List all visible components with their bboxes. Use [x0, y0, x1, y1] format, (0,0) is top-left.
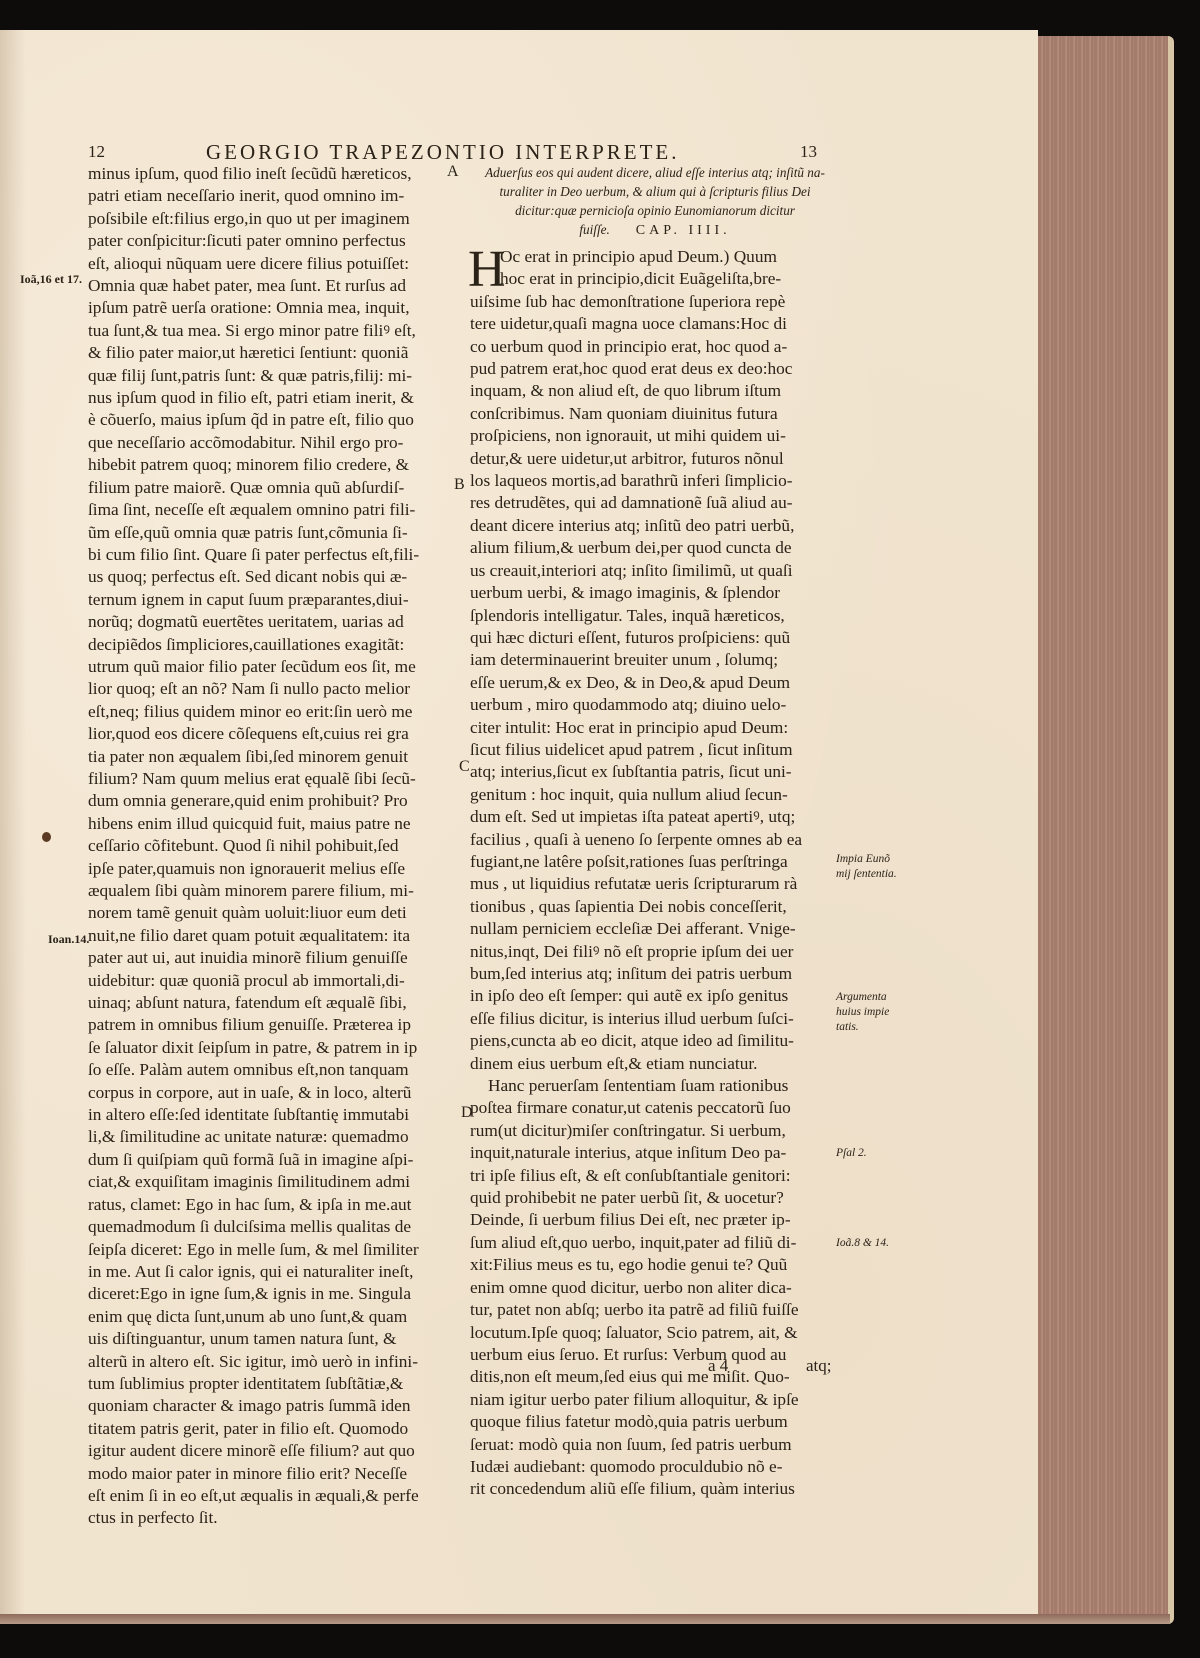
text-line: locutum.Ipſe quoq; ſaluator, Scio patrem… [470, 1322, 840, 1344]
text-line: res detrudẽtes, qui ad damnationẽ ſuã al… [470, 492, 840, 514]
signature-mark: a 4 [708, 1356, 728, 1376]
left-column: minus ipſum, quod filio ineſt ſecũdũ hær… [88, 163, 460, 1530]
text-line: ſeipſa diceret: Ego in melle ſum, & mel … [88, 1239, 460, 1261]
ink-spot [42, 832, 51, 842]
chapter-heading-line: dicitur:quæ pernicioſa opinio Eunomianor… [470, 201, 840, 220]
text-line: quoniam character & imago patris ſummã i… [88, 1395, 460, 1417]
text-line: Deinde, ſi uerbum filius Dei eſt, nec pr… [470, 1209, 840, 1231]
text-line: co uerbum quod in principio erat, hoc qu… [470, 336, 840, 358]
text-line: lior,quod eos dicere cõſequens eſt,cuius… [88, 723, 460, 745]
margin-note-ioan-14: Ioan.14. [48, 932, 89, 947]
text-line: quid prohibebit ne pater uerbũ ſit, & uo… [470, 1187, 840, 1209]
margin-note-ioan-16-17: Ioã,16 et 17. [20, 272, 82, 287]
text-line: uinaq; abſunt natura, fatendum eſt æqual… [88, 992, 460, 1014]
text-line: ſplendoris intelligatur. Tales, inquã hæ… [470, 605, 840, 627]
text-line: pud patrem erat,hoc quod erat deus ex de… [470, 358, 840, 380]
running-title: GEORGIO TRAPEZONTIO INTERPRETE. [206, 140, 680, 165]
text-line: tua ſunt,& tua mea. Si ergo minor patre … [88, 320, 460, 342]
chapter-heading-line: turaliter in Deo uerbum, & alium qui à ſ… [470, 182, 840, 201]
text-line: ſima ſint, neceſſe eſt æqualem omnino pa… [88, 499, 460, 521]
text-line: eſſe uerum,& ex Deo, & in Deo,& apud Deu… [470, 672, 840, 694]
text-line: uiſsime ſub hac demonſtratione ſuperiora… [470, 291, 840, 313]
text-line: filium patre maiorẽ. Quæ omnia quũ abſur… [88, 477, 460, 499]
page-fore-edge [1038, 36, 1174, 1624]
text-line: rit concedendum aliũ eſſe filium, quàm i… [470, 1478, 840, 1500]
text-line: hibebit patrem quoq; minorem filio crede… [88, 454, 460, 476]
text-line: tum ſublimius propter identitatem ſubſtã… [88, 1373, 460, 1395]
text-line: decipiẽdos ſimpliciores,cauillationes ex… [88, 634, 460, 656]
text-line: alium filium,& uerbum dei,per quod cunct… [470, 537, 840, 559]
text-line: norem tamẽ genuit quàm uoluit:liuor eum … [88, 902, 460, 924]
text-line: lior quoq; eſt an nõ? Nam ſi nullo pacto… [88, 678, 460, 700]
text-line: pater aut ui, aut inuidia minorẽ filium … [88, 947, 460, 969]
text-line: tere uidetur,quaſi magna uoce clamans:Ho… [470, 313, 840, 335]
text-line: conſcribimus. Nam quoniam diuinitus futu… [470, 403, 840, 425]
text-line: & filio pater maior,ut hæretici ſentiunt… [88, 342, 460, 364]
text-line: eſt,neq; filius quidem minor eo erit:ſin… [88, 701, 460, 723]
text-line: inquam, & non aliud eſt, de quo librum i… [470, 380, 840, 402]
text-line: Iudæi audiebant: quomodo proculdubio nõ … [470, 1456, 840, 1478]
text-line: us quoq; perfectus eſt. Sed dicant nobis… [88, 566, 460, 588]
catchword: atq; [806, 1356, 832, 1376]
chapter-heading: Aduerſus eos qui audent dicere, aliud eſ… [470, 163, 840, 240]
chapter-body: H Oc erat in principio apud Deum.) Quumh… [470, 246, 840, 1501]
text-line: proſpiciens, non ignorauit, ut mihi quid… [470, 425, 840, 447]
text-line: mus , ut liquidius refutatæ ueris ſcript… [470, 873, 840, 895]
text-line: genitum : hoc inquit, quia nullum aliud … [470, 784, 840, 806]
text-line: ſeruat: modò quia non ſuum, ſed patris u… [470, 1434, 840, 1456]
text-line: igitur audent dicere minorẽ eſſe filium?… [88, 1440, 460, 1462]
text-line: eſt, alioqui nũquam uere dicere filius p… [88, 253, 460, 275]
text-line: ceſſario cõfitebunt. Quod ſi nihil pohib… [88, 835, 460, 857]
text-line: piens,cuncta ab eo dicit, atque ideo ad … [470, 1030, 840, 1052]
section-marker-a: A [447, 163, 459, 181]
text-line: los laqueos mortis,ad barathrũ inferi ſi… [470, 470, 840, 492]
text-line: modo maior pater in minore filio erit? N… [88, 1463, 460, 1485]
text-line: quemadmodum ſi dulciſsima mellis qualita… [88, 1216, 460, 1238]
text-line: dum eſt. Sed ut impietas iſta pateat ape… [470, 806, 840, 828]
text-line: dinem eius uerbum eſt,& etiam nunciatur. [470, 1053, 840, 1075]
text-line: ctus in perfecto ſit. [88, 1507, 460, 1529]
text-line: xit:Filius meus es tu, ego hodie genui t… [470, 1254, 840, 1276]
text-line: in me. Aut ſi calor ignis, qui ei natura… [88, 1261, 460, 1283]
text-line: li,& ſimilitudine ac unitate naturæ: que… [88, 1126, 460, 1148]
section-marker-b: B [454, 476, 465, 494]
text-line: hoc erat in principio,dicit Euãgeliſta,b… [470, 268, 840, 290]
chapter-heading-line: Aduerſus eos qui audent dicere, aliud eſ… [470, 163, 840, 182]
text-line: hibens enim illud quicquid fuit, maius p… [88, 813, 460, 835]
text-line: enim quę dicta ſunt,unum ab uno ſunt,& q… [88, 1306, 460, 1328]
text-line: ſo eſſe. Palàm autem omnibus eſt,non tan… [88, 1059, 460, 1081]
text-line: corpus in corpore, aut in uaſe, & in loc… [88, 1082, 460, 1104]
text-line: qui hæc dicturi eſſent, futuros proſpici… [470, 627, 840, 649]
text-line: poſtea firmare conatur,ut catenis peccat… [470, 1097, 840, 1119]
text-line: tri ipſe filius eſt, & eſt conſubſtantia… [470, 1165, 840, 1187]
text-line: quoque filius fatetur modò,quia patris u… [470, 1411, 840, 1433]
text-line: ratus, clamet: Ego in hac ſum, & ipſa in… [88, 1194, 460, 1216]
text-line: tionibus , quas ſapientia Dei nobis conc… [470, 896, 840, 918]
text-line: uerbum uerbi, & imago imaginis, & ſplend… [470, 582, 840, 604]
text-line: ipſe pater,quamuis non ignorauerit meliu… [88, 858, 460, 880]
text-line: filium? Nam quum melius erat ęqualẽ ſibi… [88, 768, 460, 790]
text-line: quæ filij ſunt,patris ſunt: & quæ patris… [88, 365, 460, 387]
text-line: tia pater non æqualem ſibi,ſed minorem g… [88, 746, 460, 768]
text-line: æqualem ſibi quàm minorem parere filium,… [88, 880, 460, 902]
text-line: è cõuerſo, maius ipſum q̃d in patre eſt,… [88, 409, 460, 431]
text-line: pater conſpicitur:ſicuti pater omnino pe… [88, 230, 460, 252]
text-line: bi cum filio ſint. Quare ſi pater perfec… [88, 544, 460, 566]
text-line: ſe ſaluator dixit ſeipſum in patre, & pa… [88, 1037, 460, 1059]
text-line: ciat,& exquiſitam imaginis ſimilitudinem… [88, 1171, 460, 1193]
text-line: rum(ut dicitur)miſer conſtringatur. Si u… [470, 1120, 840, 1142]
text-line: atq; interius,ſicut ex ſubſtantia patris… [470, 761, 840, 783]
text-line: nuit,ne filio daret quam potuit æqualita… [88, 925, 460, 947]
text-line: Omnia quæ habet pater, mea ſunt. Et rurſ… [88, 275, 460, 297]
chapter-heading-line: fuiſſe.CAP. IIII. [470, 220, 840, 240]
text-line: dum ſi quiſpiam quũ formã ſuã in imagine… [88, 1149, 460, 1171]
text-line: deant dicere interius atq; inſitũ deo pa… [470, 515, 840, 537]
text-line: eſt enim ſi in eo eſt,ut æqualis in æqua… [88, 1485, 460, 1507]
text-line: utrum quũ maior filio pater ſecũdum eos … [88, 656, 460, 678]
text-line: inquit,naturale interius, atque inſitum … [470, 1142, 840, 1164]
text-line: ternum ignem in caput ſuum præparantes,d… [88, 589, 460, 611]
text-line: bum,ſed interius atq; inſitum dei patris… [470, 963, 840, 985]
text-line: in altero eſſe:ſed identitate ſubſtantię… [88, 1104, 460, 1126]
drop-cap: H [468, 247, 506, 293]
page-bottom-edge [0, 1614, 1170, 1624]
right-column: Aduerſus eos qui audent dicere, aliud eſ… [470, 163, 840, 1501]
text-line: uis diſtinguantur, unum tamen natura ſun… [88, 1328, 460, 1350]
text-line: patrem in omnibus filium genuiſſe. Præte… [88, 1014, 460, 1036]
folio-right: 13 [800, 142, 817, 162]
text-line: ditis,non eſt meum,ſed eius qui me miſit… [470, 1366, 840, 1388]
text-line: ſicut filius uidelicet apud patrem , ſic… [470, 739, 840, 761]
text-line: us creauit,interiori atq; inſito ſimilim… [470, 560, 840, 582]
margin-note-argumenta: Argumenta huius impie tatis. [836, 990, 889, 1035]
text-line: norũq; dogmatũ euertẽtes ueritatem, uari… [88, 611, 460, 633]
text-line: patri etiam neceſſario inerit, quod omni… [88, 185, 460, 207]
text-line: niam igitur uerbo pater filium alloquitu… [470, 1389, 840, 1411]
text-line: tur, patet non abſq; uerbo ita patrẽ ad … [470, 1299, 840, 1321]
text-line: dum omnia generare,quid enim prohibuit? … [88, 790, 460, 812]
text-line: poſsibile eſt:filius ergo,in quo ut per … [88, 208, 460, 230]
text-line: nitus,inqt, Dei filiꝰ nõ eſt proprie ipſ… [470, 941, 840, 963]
section-marker-c: C [459, 758, 470, 776]
text-line: ũm eſſe,quũ omnia quæ patris ſunt,cõmuni… [88, 522, 460, 544]
text-line: minus ipſum, quod filio ineſt ſecũdũ hær… [88, 163, 460, 185]
text-line: citer intulit: Hoc erat in principio apu… [470, 717, 840, 739]
text-line: Hanc peruerſam ſententiam ſuam rationibu… [470, 1075, 840, 1097]
text-line: que neceſſario accõmodabitur. Nihil ergo… [88, 432, 460, 454]
text-line: diceret:Ego in igne ſum,& ignis in me. S… [88, 1283, 460, 1305]
text-line: uerbum eius ſeruo. Et rurſus: Verbum quo… [470, 1344, 840, 1366]
text-line: nus ipſum quod in filio eſt, patri etiam… [88, 387, 460, 409]
text-line: nullam perniciem eccleſiæ Dei afferant. … [470, 918, 840, 940]
folio-left: 12 [88, 142, 105, 162]
text-line: detur,& uere uidetur,ut arbitror, futuro… [470, 448, 840, 470]
text-line: ſum aliud eſt,quo uerbo, inquit,pater ad… [470, 1232, 840, 1254]
text-line: Oc erat in principio apud Deum.) Quum [470, 246, 840, 268]
chapter-number: CAP. IIII. [636, 223, 731, 238]
text-line: fugiant,ne latêre poſsit,rationes ſuas p… [470, 851, 840, 873]
text-line: uidebitur: quæ quoniã procul ab immortal… [88, 970, 460, 992]
text-line: alterũ in altero eſt. Sic igitur, imò ue… [88, 1351, 460, 1373]
text-line: iam determinauerint breuiter unum , ſolu… [470, 649, 840, 671]
margin-note-psal: Pſal 2. [836, 1146, 867, 1161]
text-line: eſſe filius dicitur, is interius illud u… [470, 1008, 840, 1030]
gutter-shadow [0, 30, 26, 1622]
text-line: uerbum , miro quodammodo atq; diuino uel… [470, 694, 840, 716]
text-line: facilius , quaſi à ueneno ſo ſerpente om… [470, 829, 840, 851]
text-line: ipſum patrẽ uerſa oratione: Omnia mea, i… [88, 297, 460, 319]
text-line: in ipſo deo eſt ſemper: qui autẽ ex ipſo… [470, 985, 840, 1007]
text-line: titatem patris gerit, pater in filio eſt… [88, 1418, 460, 1440]
margin-note-impia: Impia Eunõ mij ſententia. [836, 852, 897, 882]
margin-note-ioa: Ioã.8 & 14. [836, 1236, 889, 1251]
text-line: enim omne quod dicitur, uerbo non aliter… [470, 1277, 840, 1299]
section-marker-d: D [461, 1104, 473, 1122]
